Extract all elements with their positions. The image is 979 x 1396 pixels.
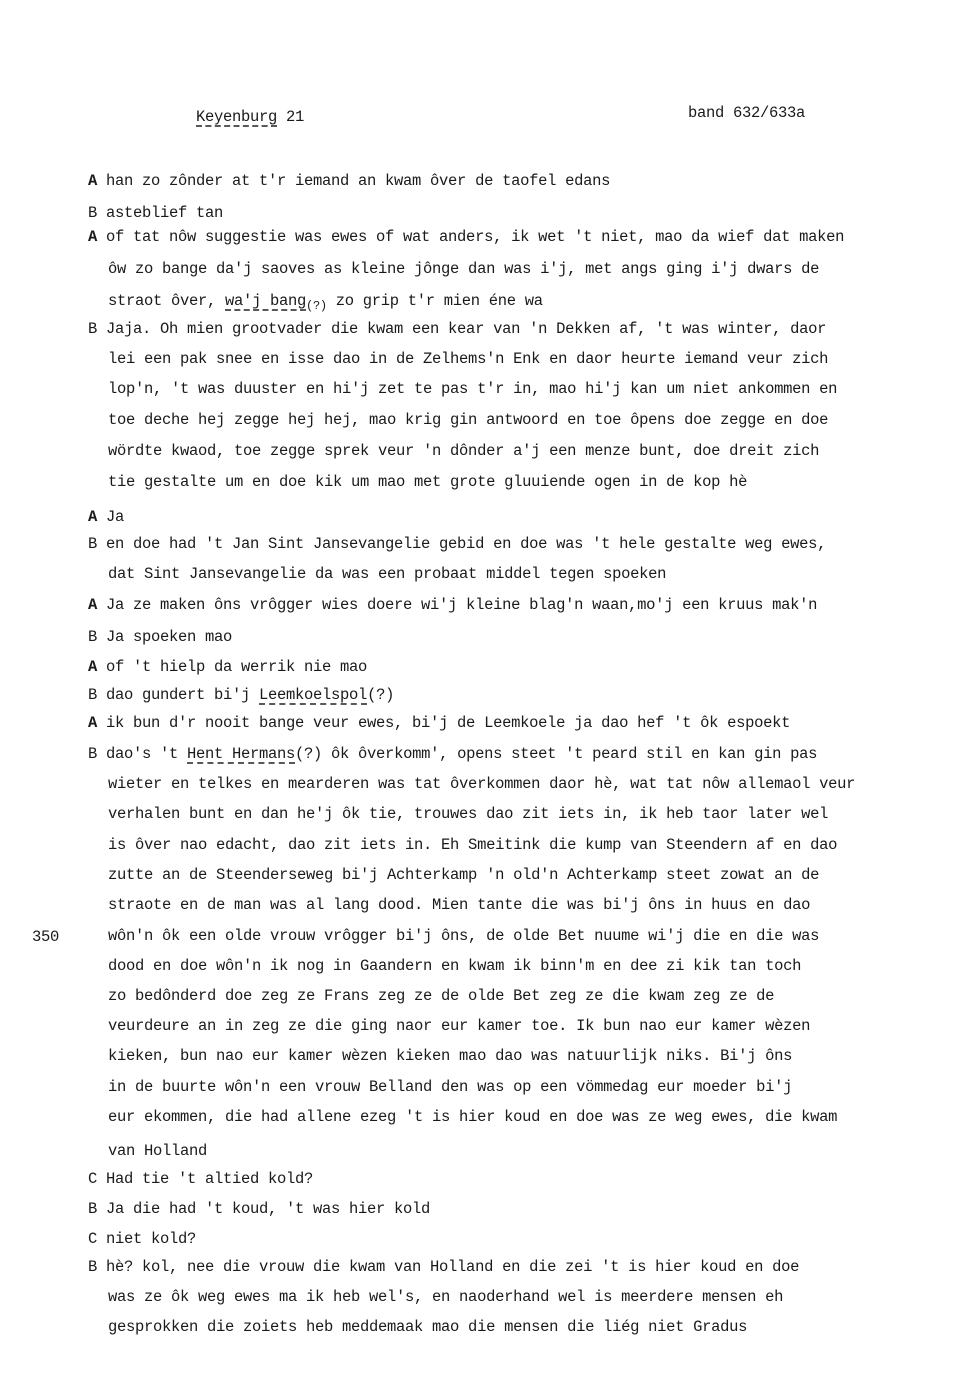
line-text: zutte an de Steenderseweg bi'j Achterkam…: [108, 866, 819, 884]
speaker-label: C: [88, 1170, 97, 1188]
speaker-label: A: [88, 596, 97, 614]
line-text: Had tie 't altied kold?: [106, 1170, 313, 1188]
line-text: dao's 't Hent Hermans(?) ôk ôverkomm', o…: [106, 745, 817, 763]
speaker-label: B: [88, 1200, 97, 1218]
speaker-label: B: [88, 686, 97, 704]
line-text: Ja die had 't koud, 't was hier kold: [106, 1200, 430, 1218]
line-text: gesprokken die zoiets heb meddemaak mao …: [108, 1318, 747, 1336]
speaker-label: B: [88, 535, 97, 553]
speaker-label: A: [88, 714, 97, 732]
line-text: toe deche hej zegge hej hej, mao krig gi…: [108, 411, 828, 429]
speaker-label: B: [88, 204, 97, 222]
speaker-label: B: [88, 745, 97, 763]
uncertain-term: Hent Hermans: [187, 745, 295, 763]
line-text: in de buurte wôn'n een vrouw Belland den…: [108, 1078, 792, 1096]
line-text: tie gestalte um en doe kik um mao met gr…: [108, 473, 747, 491]
line-text: of 't hielp da werrik nie mao: [106, 658, 367, 676]
document-header-title: Keyenburg 21: [196, 108, 304, 126]
line-text: verhalen bunt en dan he'j ôk tie, trouwe…: [108, 805, 828, 823]
line-text: niet kold?: [106, 1230, 196, 1248]
line-text: straote en de man was al lang dood. Mien…: [108, 896, 810, 914]
line-text-pre: straot ôver,: [108, 292, 225, 310]
line-text: eur ekommen, die had allene ezeg 't is h…: [108, 1108, 837, 1126]
line-text: ôw zo bange da'j saoves as kleine jônge …: [108, 260, 819, 278]
line-text: dat Sint Jansevangelie da was een probaa…: [108, 565, 666, 583]
speaker-label: B: [88, 320, 97, 338]
line-text: dao gundert bi'j Leemkoelspol(?): [106, 686, 394, 704]
uncertain-term: Leemkoelspol: [259, 686, 367, 704]
line-text: dood en doe wôn'n ik nog in Gaandern en …: [108, 957, 801, 975]
location-title: Keyenburg: [196, 108, 277, 126]
line-text: asteblief tan: [106, 204, 223, 222]
line-text: is ôver nao edacht, dao zit iets in. Eh …: [108, 836, 837, 854]
line-text: Ja: [106, 508, 124, 526]
speaker-label: B: [88, 628, 97, 646]
line-text: Ja ze maken ôns vrôgger wies doere wi'j …: [106, 596, 817, 614]
line-text-pre: dao gundert bi'j: [106, 686, 259, 704]
uncertainty-mark: (?): [306, 299, 327, 313]
line-text-post: (?) ôk ôverkomm', opens steet 't peard s…: [295, 745, 817, 763]
speaker-label: A: [88, 658, 97, 676]
line-text-post: zo grip t'r mien éne wa: [327, 292, 543, 310]
line-text-pre: dao's 't: [106, 745, 187, 763]
line-text: kieken, bun nao eur kamer wèzen kieken m…: [108, 1047, 792, 1065]
line-text: en doe had 't Jan Sint Jansevangelie geb…: [106, 535, 826, 553]
page-number: 21: [286, 108, 304, 126]
uncertain-term: wa'j bang: [225, 292, 306, 310]
line-text: hè? kol, nee die vrouw die kwam van Holl…: [106, 1258, 799, 1276]
line-text: veurdeure an in zeg ze die ging naor eur…: [108, 1017, 810, 1035]
line-text: wördte kwaod, toe zegge sprek veur 'n dô…: [108, 442, 819, 460]
speaker-label: B: [88, 1258, 97, 1276]
line-text: van Holland: [108, 1142, 207, 1160]
line-text: Ja spoeken mao: [106, 628, 232, 646]
speaker-label: A: [88, 508, 97, 526]
line-text: wieter en telkes en mearderen was tat ôv…: [108, 775, 855, 793]
line-text: zo bedônderd doe zeg ze Frans zeg ze de …: [108, 987, 774, 1005]
line-text: Jaja. Oh mien grootvader die kwam een ke…: [106, 320, 826, 338]
line-text: wôn'n ôk een olde vrouw vrôgger bi'j ôns…: [108, 927, 819, 945]
line-text-post: (?): [367, 686, 394, 704]
line-text: was ze ôk weg ewes ma ik heb wel's, en n…: [108, 1288, 783, 1306]
margin-line-number: 350: [32, 928, 59, 946]
line-text: ik bun d'r nooit bange veur ewes, bi'j d…: [106, 714, 790, 732]
speaker-label: C: [88, 1230, 97, 1248]
line-text: lop'n, 't was duuster en hi'j zet te pas…: [108, 380, 837, 398]
line-text: straot ôver, wa'j bang(?) zo grip t'r mi…: [108, 292, 543, 313]
line-text: of tat nôw suggestie was ewes of wat and…: [106, 228, 844, 246]
tape-band-label: band 632/633a: [688, 104, 805, 122]
speaker-label: A: [88, 172, 97, 190]
speaker-label: A: [88, 228, 97, 246]
line-text: lei een pak snee en isse dao in de Zelhe…: [108, 350, 828, 368]
line-text: han zo zônder at t'r iemand an kwam ôver…: [106, 172, 610, 190]
